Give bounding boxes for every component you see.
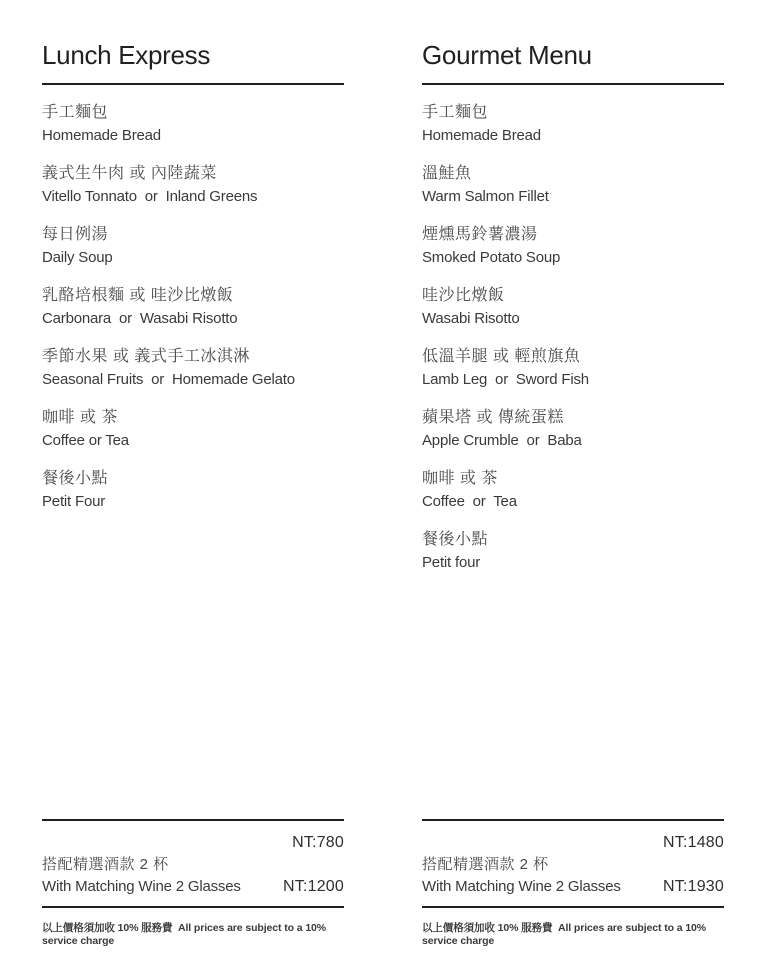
wine-pairing-row: With Matching Wine 2 Glasses NT:1930 [422,876,724,897]
item-name-zh: 咖啡 或 茶 [422,467,724,491]
base-price: NT:780 [42,833,344,853]
service-charge-note: 以上價格須加收 10% 服務費 All prices are subject t… [422,922,724,948]
title-divider [422,83,724,85]
menu-item: 義式生牛肉 或 內陸蔬菜 Vitello Tonnato or Inland G… [42,162,344,208]
item-name-zh: 手工麵包 [422,101,724,125]
item-name-zh: 哇沙比燉飯 [422,284,724,308]
pricing-bottom-divider [422,906,724,908]
menu-items: 手工麵包 Homemade Bread 義式生牛肉 或 內陸蔬菜 Vitello… [42,101,344,513]
pricing-section: NT:1480 搭配精選酒款 2 杯 With Matching Wine 2 … [422,819,724,948]
title-divider [42,83,344,85]
menu-title: Gourmet Menu [422,40,724,70]
item-name-en: Vitello Tonnato or Inland Greens [42,186,344,208]
menu-column: Gourmet Menu 手工麵包 Homemade Bread 溫鮭魚 War… [422,40,724,940]
menu-item: 餐後小點 Petit Four [42,467,344,513]
wine-price: NT:1930 [663,876,724,897]
item-name-zh: 咖啡 或 茶 [42,406,344,430]
item-name-en: Petit Four [42,491,344,513]
menu-item: 餐後小點 Petit four [422,528,724,574]
item-name-zh: 餐後小點 [422,528,724,552]
wine-pairing-zh: 搭配精選酒款 2 杯 [422,855,724,875]
item-name-en: Warm Salmon Fillet [422,186,724,208]
item-name-zh: 蘋果塔 或 傳統蛋糕 [422,406,724,430]
item-name-zh: 餐後小點 [42,467,344,491]
wine-pairing-en: With Matching Wine 2 Glasses [42,876,241,897]
wine-pairing-en: With Matching Wine 2 Glasses [422,876,621,897]
menu-item: 煙燻馬鈴薯濃湯 Smoked Potato Soup [422,223,724,269]
menu-item: 季節水果 或 義式手工冰淇淋 Seasonal Fruits or Homema… [42,345,344,391]
item-name-en: Coffee or Tea [42,430,344,452]
base-price: NT:1480 [422,833,724,853]
item-name-zh: 手工麵包 [42,101,344,125]
item-name-zh: 溫鮭魚 [422,162,724,186]
item-name-zh: 每日例湯 [42,223,344,247]
menu-item: 蘋果塔 或 傳統蛋糕 Apple Crumble or Baba [422,406,724,452]
item-name-en: Coffee or Tea [422,491,724,513]
menu-item: 手工麵包 Homemade Bread [422,101,724,147]
item-name-en: Smoked Potato Soup [422,247,724,269]
menu-item: 溫鮭魚 Warm Salmon Fillet [422,162,724,208]
item-name-en: Homemade Bread [42,125,344,147]
item-name-en: Homemade Bread [422,125,724,147]
menu-item: 手工麵包 Homemade Bread [42,101,344,147]
wine-pairing-row: With Matching Wine 2 Glasses NT:1200 [42,876,344,897]
item-name-en: Lamb Leg or Sword Fish [422,369,724,391]
service-charge-note: 以上價格須加收 10% 服務費 All prices are subject t… [42,922,344,948]
menu-title: Lunch Express [42,40,344,70]
wine-pairing-zh: 搭配精選酒款 2 杯 [42,855,344,875]
menu-item: 咖啡 或 茶 Coffee or Tea [422,467,724,513]
menu-item: 低溫羊腿 或 輕煎旗魚 Lamb Leg or Sword Fish [422,345,724,391]
menu-item: 哇沙比燉飯 Wasabi Risotto [422,284,724,330]
menu-column: Lunch Express 手工麵包 Homemade Bread 義式生牛肉 … [42,40,344,940]
item-name-en: Seasonal Fruits or Homemade Gelato [42,369,344,391]
item-name-zh: 季節水果 或 義式手工冰淇淋 [42,345,344,369]
wine-price: NT:1200 [283,876,344,897]
menu-item: 乳酪培根麵 或 哇沙比燉飯 Carbonara or Wasabi Risott… [42,284,344,330]
menu-item: 咖啡 或 茶 Coffee or Tea [42,406,344,452]
item-name-zh: 低溫羊腿 或 輕煎旗魚 [422,345,724,369]
menu-items: 手工麵包 Homemade Bread 溫鮭魚 Warm Salmon Fill… [422,101,724,574]
pricing-section: NT:780 搭配精選酒款 2 杯 With Matching Wine 2 G… [42,819,344,948]
item-name-en: Daily Soup [42,247,344,269]
item-name-en: Petit four [422,552,724,574]
item-name-en: Carbonara or Wasabi Risotto [42,308,344,330]
item-name-en: Wasabi Risotto [422,308,724,330]
item-name-zh: 義式生牛肉 或 內陸蔬菜 [42,162,344,186]
pricing-bottom-divider [42,906,344,908]
menu-page: Lunch Express 手工麵包 Homemade Bread 義式生牛肉 … [0,0,768,960]
item-name-zh: 煙燻馬鈴薯濃湯 [422,223,724,247]
pricing-top-divider [422,819,724,821]
menu-item: 每日例湯 Daily Soup [42,223,344,269]
item-name-en: Apple Crumble or Baba [422,430,724,452]
menu-columns: Lunch Express 手工麵包 Homemade Bread 義式生牛肉 … [42,40,768,960]
item-name-zh: 乳酪培根麵 或 哇沙比燉飯 [42,284,344,308]
pricing-top-divider [42,819,344,821]
